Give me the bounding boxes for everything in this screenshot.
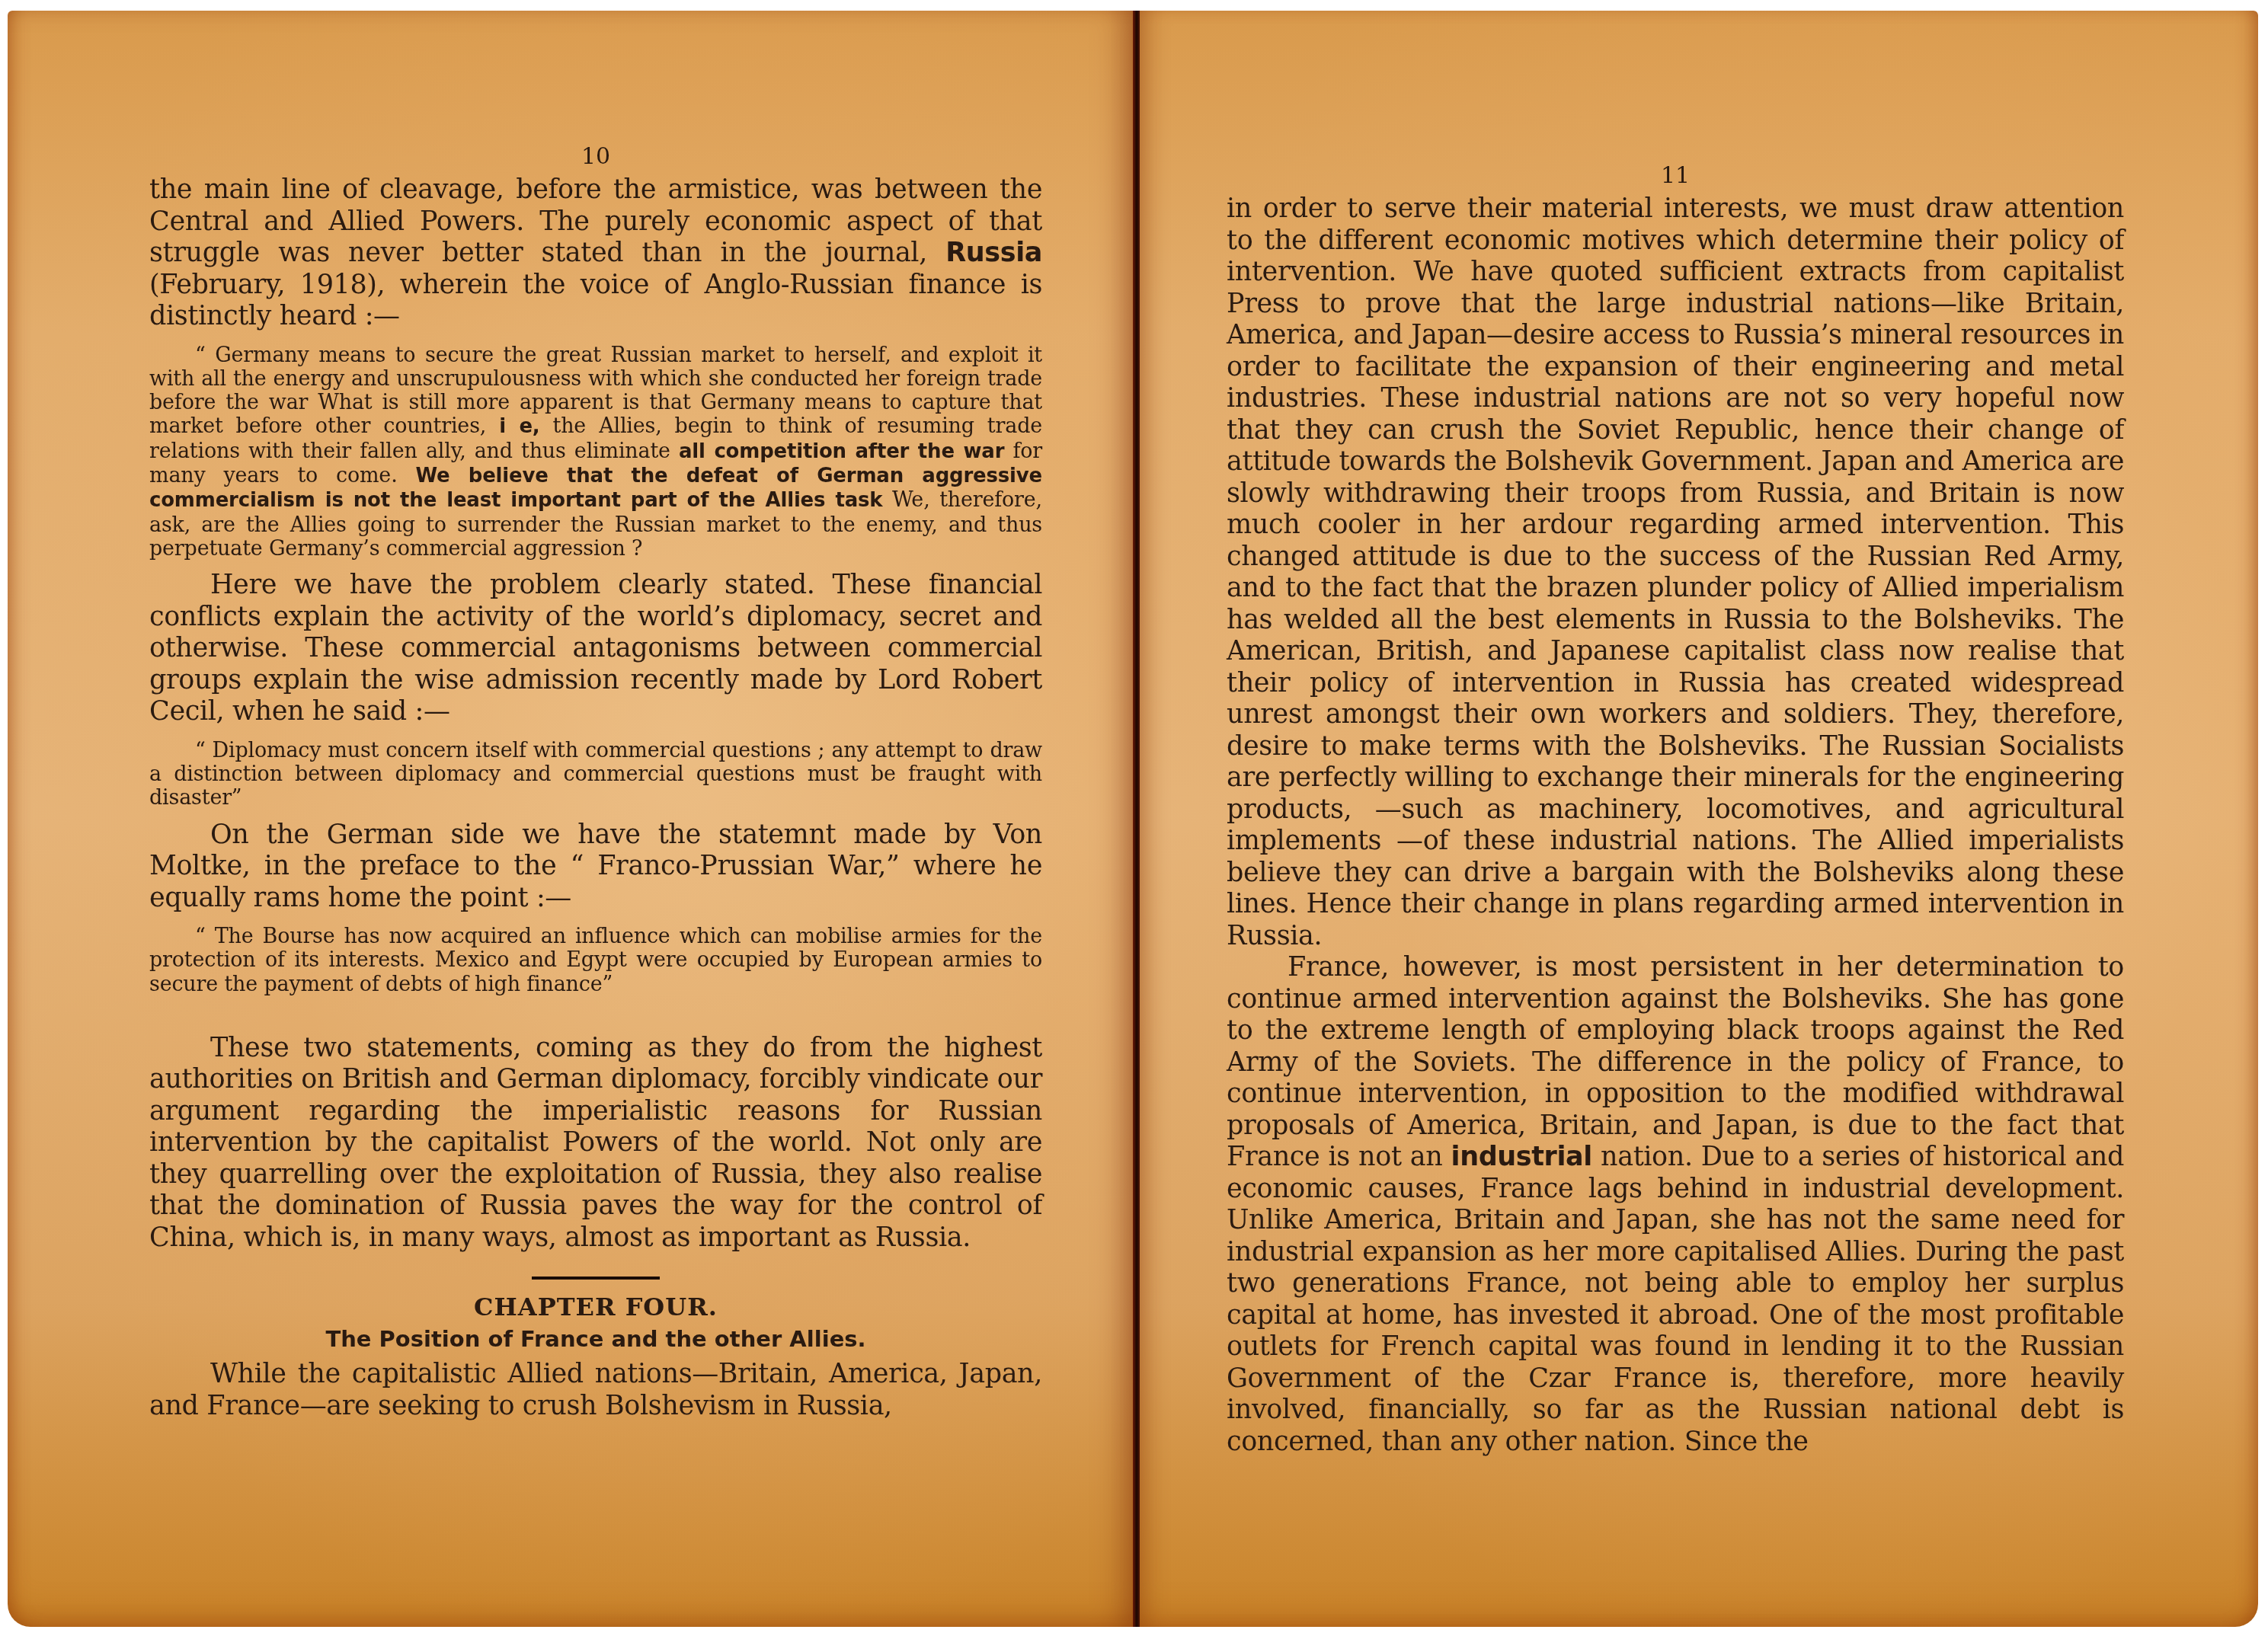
spacer <box>149 1005 1042 1033</box>
paragraph-text: (February, 1918), wherein the voice of A… <box>149 270 1042 332</box>
paragraph: the main line of cleavage, before the ar… <box>149 174 1042 333</box>
bold-text: i e, <box>499 415 539 438</box>
bold-text: industrial <box>1451 1142 1592 1172</box>
bold-text: Russia <box>945 238 1042 268</box>
block-quote: “ Germany means to secure the great Russ… <box>149 343 1042 561</box>
right-text-column: 11 in order to serve their material inte… <box>1227 163 2124 1458</box>
chapter-heading: CHAPTER FOUR. <box>149 1292 1042 1322</box>
chapter-subtitle: The Position of France and the other All… <box>149 1322 1042 1356</box>
block-quote: “ Diplomacy must concern itself with com… <box>149 739 1042 810</box>
page-number-right: 11 <box>1227 163 2124 189</box>
paragraph: While the capitalistic Allied nations—Br… <box>149 1359 1042 1422</box>
left-text-column: 10 the main line of cleavage, before the… <box>149 144 1042 1422</box>
paragraph: These two statements, coming as they do … <box>149 1033 1042 1254</box>
paragraph: in order to serve their material interes… <box>1227 193 2124 952</box>
page-number-left: 10 <box>149 144 1042 170</box>
paragraph: France, however, is most persistent in h… <box>1227 952 2124 1458</box>
section-divider <box>532 1277 660 1280</box>
left-page: 10 the main line of cleavage, before the… <box>8 11 1134 1627</box>
paragraph-text: nation. Due to a series of historical an… <box>1227 1142 2124 1457</box>
paragraph-text: the main line of cleavage, before the ar… <box>149 174 1042 268</box>
paragraph: Here we have the problem clearly stated.… <box>149 570 1042 728</box>
block-quote: “ The Bourse has now acquired an influen… <box>149 925 1042 996</box>
paragraph: On the German side we have the statemnt … <box>149 820 1042 915</box>
paragraph-text: France, however, is most persistent in h… <box>1227 952 2124 1172</box>
bold-text: all competition after the war <box>679 440 1004 463</box>
right-page: 11 in order to serve their material inte… <box>1140 11 2258 1627</box>
